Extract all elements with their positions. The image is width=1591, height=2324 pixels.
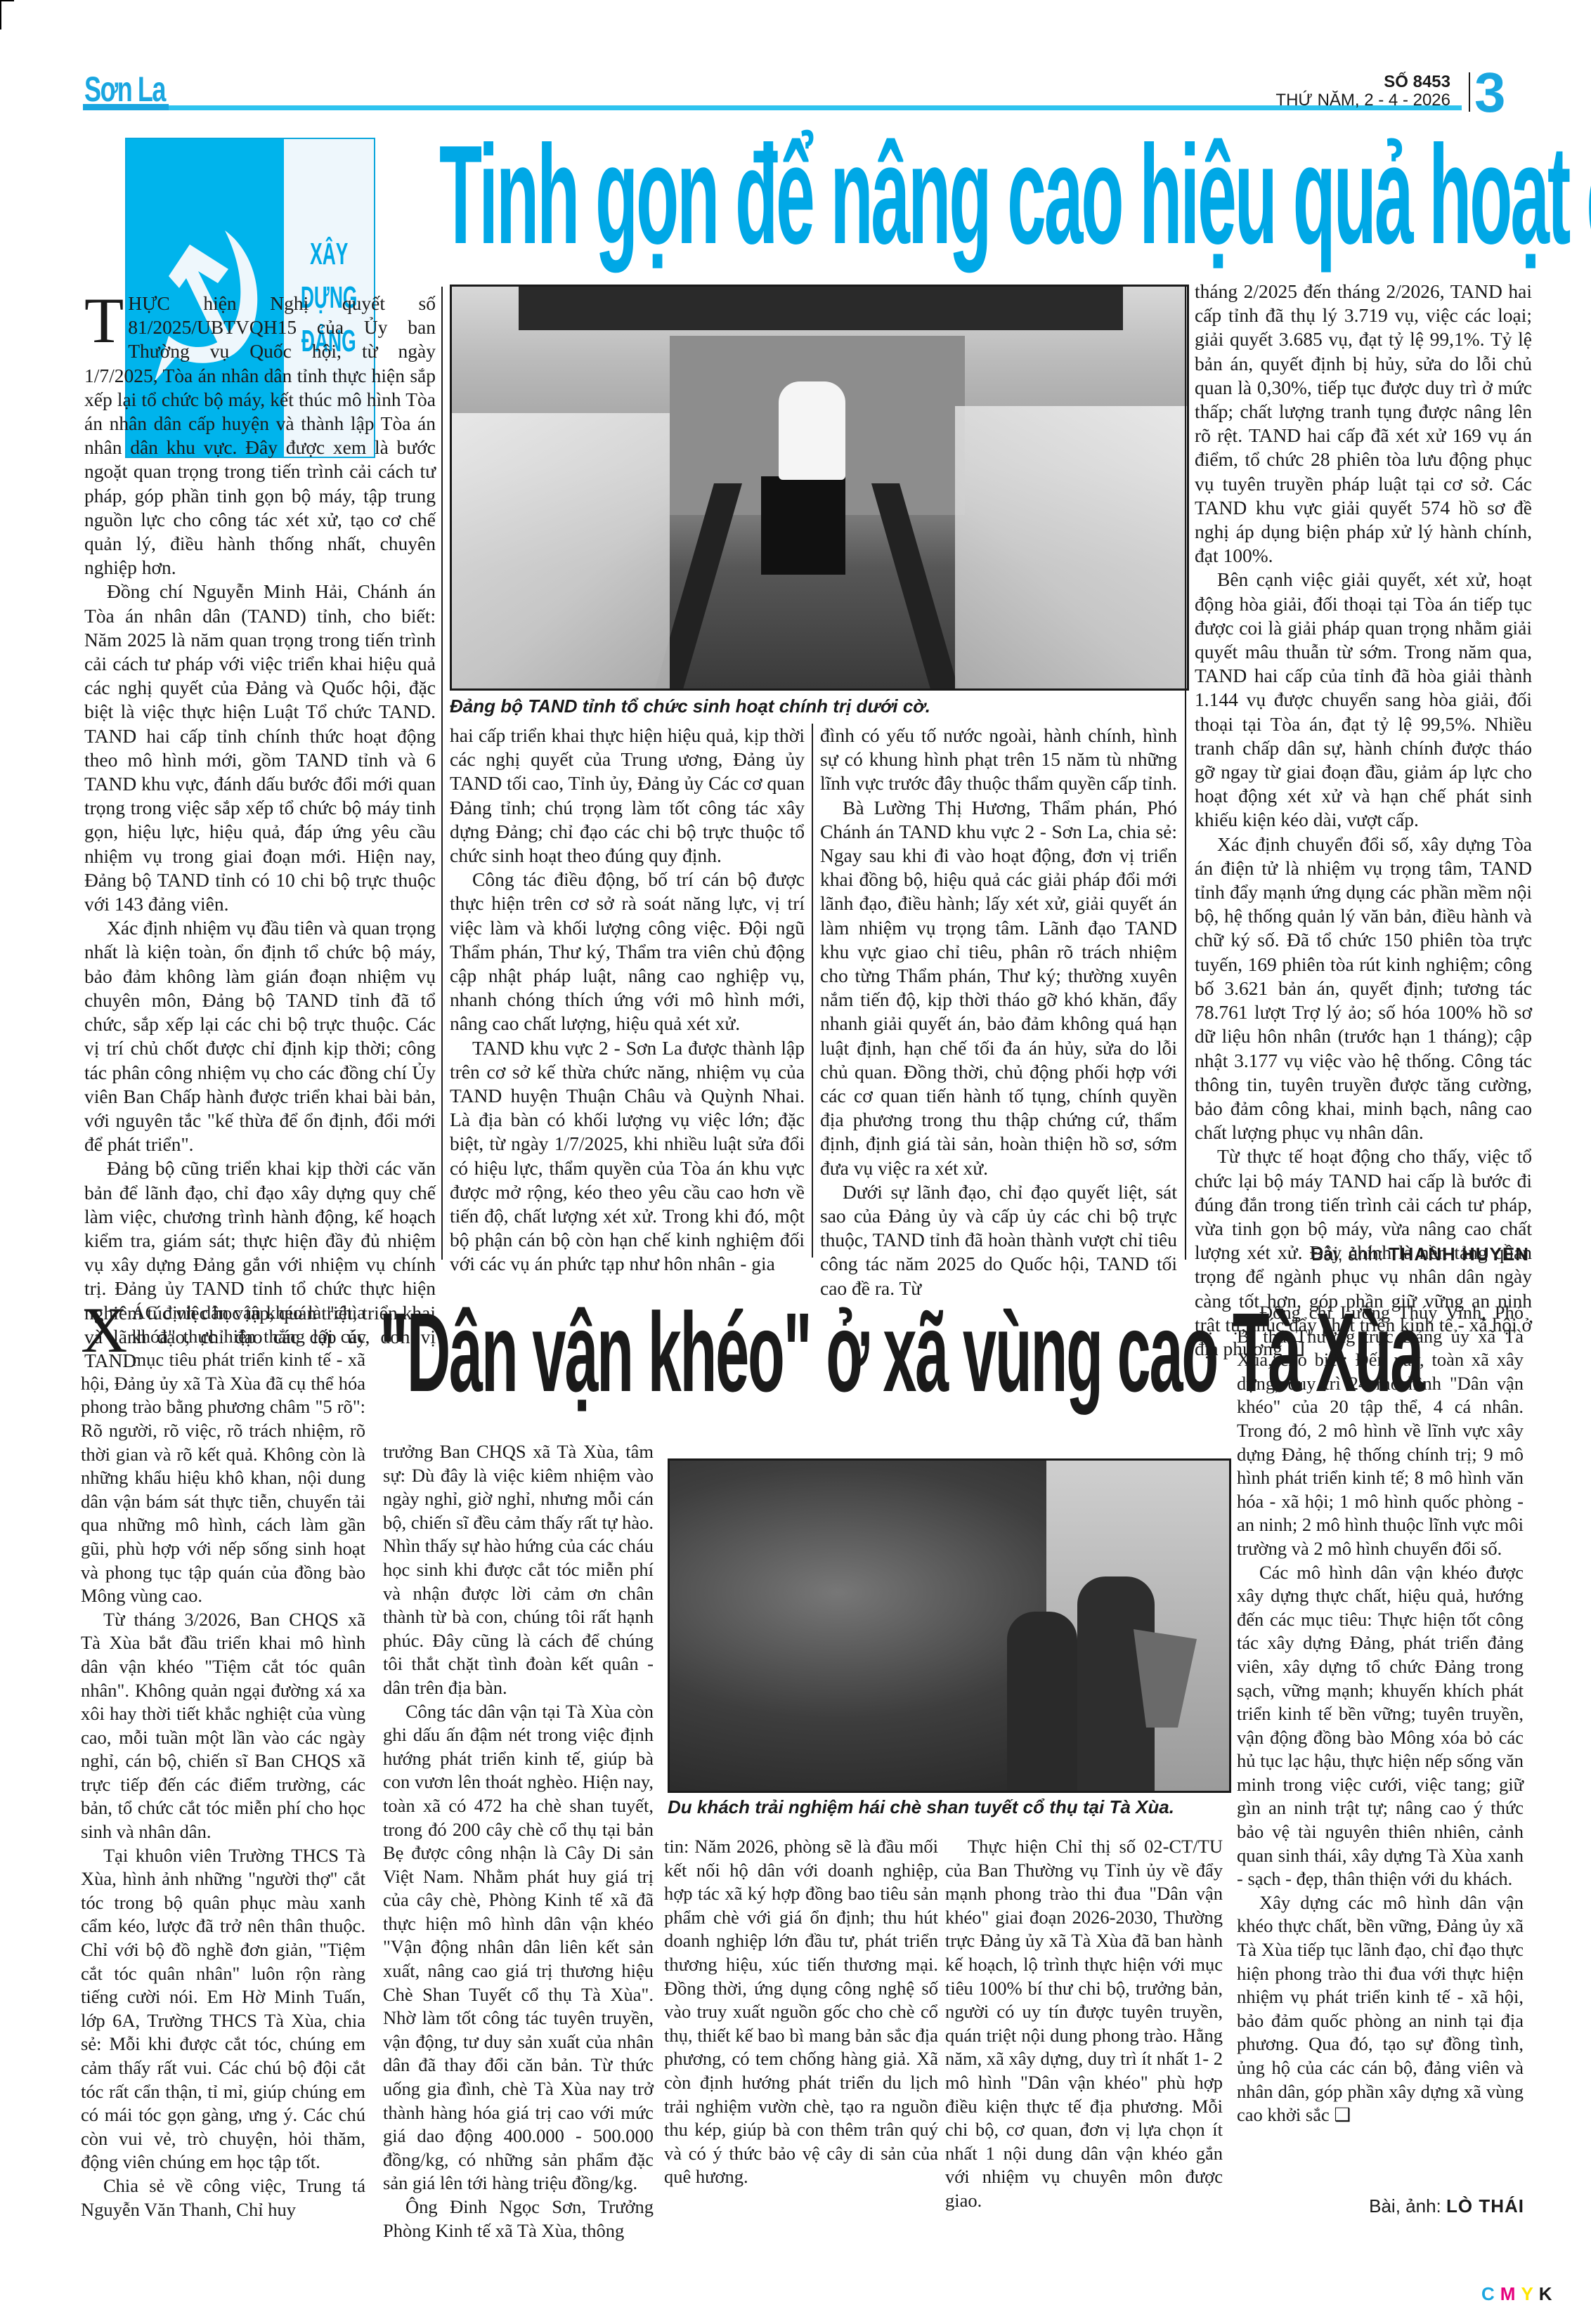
article2-column-3: tin: Năm 2026, phòng sẽ là đầu mối kết n… [664, 1835, 938, 2189]
cmyk-m: M [1500, 2283, 1521, 2304]
issue-number: SỐ 8453 [1275, 73, 1450, 91]
article1-byline: Bài, ảnh: THANH HUYỀN [1311, 1243, 1529, 1265]
article1-photo-caption: Đảng bộ TAND tỉnh tổ chức sinh hoạt chín… [450, 696, 930, 717]
article1-photo [450, 285, 1189, 691]
article1-headline: Tinh gọn để nâng cao hiệu quả hoạt động [439, 125, 1591, 266]
page-number: 3 [1474, 65, 1506, 121]
cmyk-k: K [1539, 2283, 1558, 2304]
paragraph: Từ tháng 3/2026, Ban CHQS xã Tà Xùa bắt … [81, 1608, 365, 1844]
paragraph: Đồng chí Nguyễn Minh Hải, Chánh án Tòa á… [84, 580, 436, 916]
paragraph: Xây dựng các mô hình dân vận khéo thực c… [1237, 1891, 1524, 2127]
byline-author: LÒ THÁI [1446, 2195, 1524, 2217]
article2-byline: Bài, ảnh: LÒ THÁI [1369, 2195, 1524, 2217]
paragraph: Bên cạnh việc giải quyết, xét xử, hoạt đ… [1195, 568, 1532, 832]
paragraph: tin: Năm 2026, phòng sẽ là đầu mối kết n… [664, 1835, 938, 2189]
article2-column-2: trưởng Ban CHQS xã Tà Xùa, tâm sự: Dù đâ… [383, 1440, 654, 2243]
photo-people-left [452, 413, 670, 691]
crop-mark [0, 0, 14, 30]
paragraph: đình có yếu tố nước ngoài, hành chính, h… [820, 724, 1177, 796]
article1-column-3: đình có yếu tố nước ngoài, hành chính, h… [820, 724, 1177, 1300]
paragraph: TAND khu vực 2 - Sơn La được thành lập t… [450, 1036, 805, 1277]
paragraph: Dưới sự lãnh đạo, chỉ đạo quyết liệt, sá… [820, 1180, 1177, 1300]
photo-banner [519, 287, 1123, 330]
article2-column-5: Đồng chí Lường Thúy Vinh, Phó Bí thư Thư… [1237, 1301, 1524, 2127]
column-divider [441, 287, 443, 1260]
article1-column-4: tháng 2/2025 đến tháng 2/2026, TAND hai … [1195, 280, 1532, 1361]
issue-date: THỨ NĂM, 2 - 4 - 2026 [1275, 91, 1450, 110]
paragraph: Công tác điều động, bố trí cán bộ được t… [450, 868, 805, 1036]
paragraph: Ông Đinh Ngọc Sơn, Trưởng Phòng Kinh tế … [383, 2195, 654, 2243]
header-rule [83, 105, 1462, 110]
logo-line-1: XÂY [310, 238, 348, 270]
paragraph: Đồng chí Lường Thúy Vinh, Phó Bí thư Thư… [1237, 1301, 1524, 1561]
article2-column-1: XÁC định dân vận khéo là "chìa khóa" thự… [81, 1301, 365, 2221]
column-divider [1185, 287, 1186, 1260]
paragraph: Tại khuôn viên Trường THCS Tà Xùa, hình … [81, 1844, 365, 2174]
paragraph: HỰC hiện Nghị quyết số 81/2025/UBTVQH15 … [84, 292, 436, 578]
photo-speaker [779, 381, 845, 480]
article2-column-4: Thực hiện Chỉ thị số 02-CT/TU của Ban Th… [945, 1835, 1223, 2213]
header-rule-accent [83, 104, 169, 110]
paragraph: Công tác dân vận tại Tà Xùa còn ghi dấu … [383, 1700, 654, 2195]
paragraph: Xác định nhiệm vụ đầu tiên và quan trọng… [84, 916, 436, 1156]
article2-photo [668, 1458, 1231, 1793]
paragraph: Bà Lường Thị Hương, Thẩm phán, Phó Chánh… [820, 796, 1177, 1180]
article1-column-2: hai cấp triển khai thực hiện hiệu quả, k… [450, 724, 805, 1277]
article2-dropcap: X [81, 1304, 127, 1356]
paragraph: Các mô hình dân vận khéo được xây dựng t… [1237, 1561, 1524, 1891]
paragraph: Chia sẻ về công việc, Trung tá Nguyễn Vă… [81, 2174, 365, 2221]
issue-info: SỐ 8453 THỨ NĂM, 2 - 4 - 2026 [1275, 73, 1450, 110]
cmyk-c: C [1481, 2283, 1500, 2304]
page-number-divider [1469, 72, 1470, 112]
article1-dropcap: T [84, 294, 124, 346]
paragraph: trưởng Ban CHQS xã Tà Xùa, tâm sự: Dù đâ… [383, 1440, 654, 1700]
paragraph: Xác định chuyển đổi số, xây dựng Tòa án … [1195, 833, 1532, 1145]
column-divider [812, 724, 813, 1258]
photo-people-right [955, 406, 1187, 691]
byline-label: Bài, ảnh: [1311, 1243, 1384, 1265]
paragraph: hai cấp triển khai thực hiện hiệu quả, k… [450, 724, 805, 868]
article2-photo-caption: Du khách trải nghiệm hái chè shan tuyết … [668, 1796, 1174, 1818]
paragraph: Thực hiện Chỉ thị số 02-CT/TU của Ban Th… [945, 1835, 1223, 2213]
photo-monitor [761, 476, 845, 575]
photo-woman-1 [1007, 1612, 1077, 1793]
byline-label: Bài, ảnh: [1369, 2195, 1441, 2217]
byline-author: THANH HUYỀN [1389, 1243, 1529, 1265]
article1-column-1: THỰC hiện Nghị quyết số 81/2025/UBTVQH15… [84, 292, 436, 1373]
cmyk-registration-mark: CMYK [1481, 2283, 1558, 2305]
paragraph: tháng 2/2025 đến tháng 2/2026, TAND hai … [1195, 280, 1532, 568]
cmyk-y: Y [1521, 2283, 1538, 2304]
